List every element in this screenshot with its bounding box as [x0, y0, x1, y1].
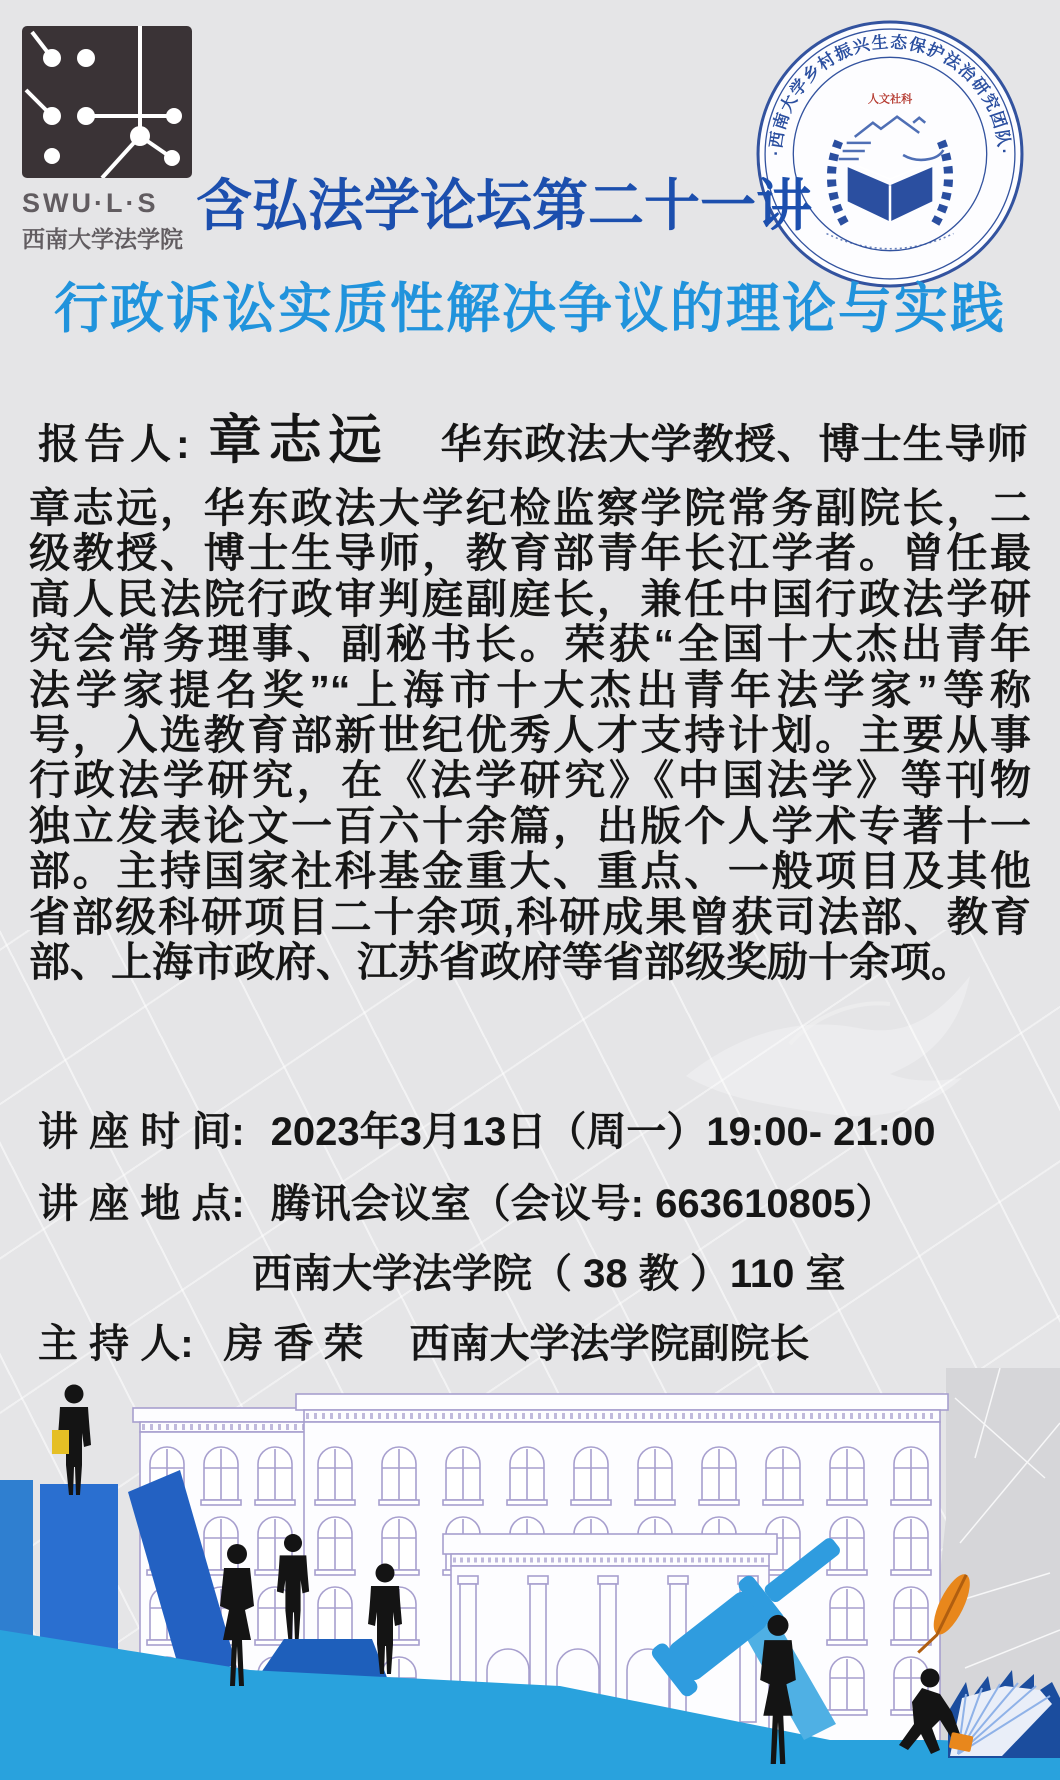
lecture-time-row: 讲 座 时 间: 2023年3月13日（周一）19:00- 21:00	[38, 1100, 1038, 1157]
research-team-badge: ·西南大学乡村振兴生态保护法治研究团队· 人文社科	[754, 18, 1026, 290]
speaker-name: 章志远	[209, 398, 389, 474]
host-label: 主 持 人:	[38, 1312, 194, 1369]
badge-inner-label: 人文社科	[868, 92, 913, 106]
host-name: 房香荣	[224, 1312, 374, 1369]
lecture-poster: SWU·L·S 西南大学法学院 ·西南大学乡村振兴生态保护法治研究团队· 人文社…	[0, 0, 1060, 1780]
location-value-2: 西南大学法学院（ 38 教 ）110 室	[252, 1242, 845, 1299]
bio-line: 行政法学研究，在《法学研究》《中国法学》等刊物	[29, 758, 1031, 803]
forum-title: 含弘法学论坛第二十一讲	[196, 162, 1036, 242]
logo-acronym: SWU·L·S	[22, 188, 212, 219]
bottom-illustration	[0, 1368, 1060, 1780]
swuls-logo: SWU·L·S 西南大学法学院	[22, 26, 212, 254]
swuls-logo-mark-icon	[22, 26, 192, 178]
speaker-bio: 章志远，华东政法大学纪检监察学院常务副院长，二 级教授、博士生导师，教育部青年长…	[29, 486, 1031, 985]
host-row: 主 持 人: 房香荣 西南大学法学院副院长	[38, 1312, 1038, 1369]
bio-line: 章志远，华东政法大学纪检监察学院常务副院长，二	[29, 486, 1031, 531]
host-desc: 西南大学法学院副院长	[410, 1312, 810, 1369]
bio-line: 部。主持国家社科基金重大、重点、一般项目及其他	[29, 849, 1031, 894]
speaker-row: 报告人: 章志远 华东政法大学教授、博士生导师	[38, 398, 1038, 474]
lecture-location-row-2: 西南大学法学院（ 38 教 ）110 室	[252, 1242, 1060, 1299]
lecture-location-row: 讲 座 地 点: 腾讯会议室（会议号: 663610805）	[38, 1172, 1038, 1229]
time-value: 2023年3月13日（周一）19:00- 21:00	[271, 1100, 936, 1157]
bio-line: 级教授、博士生导师，教育部青年长江学者。曾任最	[29, 531, 1031, 576]
yellow-book	[52, 1430, 69, 1454]
bio-line: 部、上海市政府、江苏省政府等省部级奖励十余项。	[29, 940, 1031, 985]
speaker-desc: 华东政法大学教授、博士生导师	[441, 411, 1029, 470]
bio-line: 究会常务理事、副秘书长。荣获“全国十大杰出青年	[29, 622, 1031, 667]
bio-line: 省部级科研项目二十余项,科研成果曾获司法部、教育	[29, 895, 1031, 940]
bio-line: 号，入选教育部新世纪优秀人才支持计划。主要从事	[29, 713, 1031, 758]
time-label: 讲 座 时 间:	[38, 1100, 245, 1157]
location-label: 讲 座 地 点:	[38, 1172, 245, 1229]
speaker-label: 报告人:	[38, 411, 195, 470]
lecture-title: 行政诉讼实质性解决争议的理论与实践	[0, 266, 1060, 343]
logo-name: 西南大学法学院	[22, 221, 212, 254]
location-value: 腾讯会议室（会议号: 663610805）	[271, 1172, 896, 1229]
bio-line: 独立发表论文一百六十余篇，出版个人学术专著十一	[29, 804, 1031, 849]
bio-line: 法学家提名奖”“上海市十大杰出青年法学家”等称	[29, 668, 1031, 713]
bio-line: 高人民法院行政审判庭副庭长，兼任中国行政法学研	[29, 577, 1031, 622]
